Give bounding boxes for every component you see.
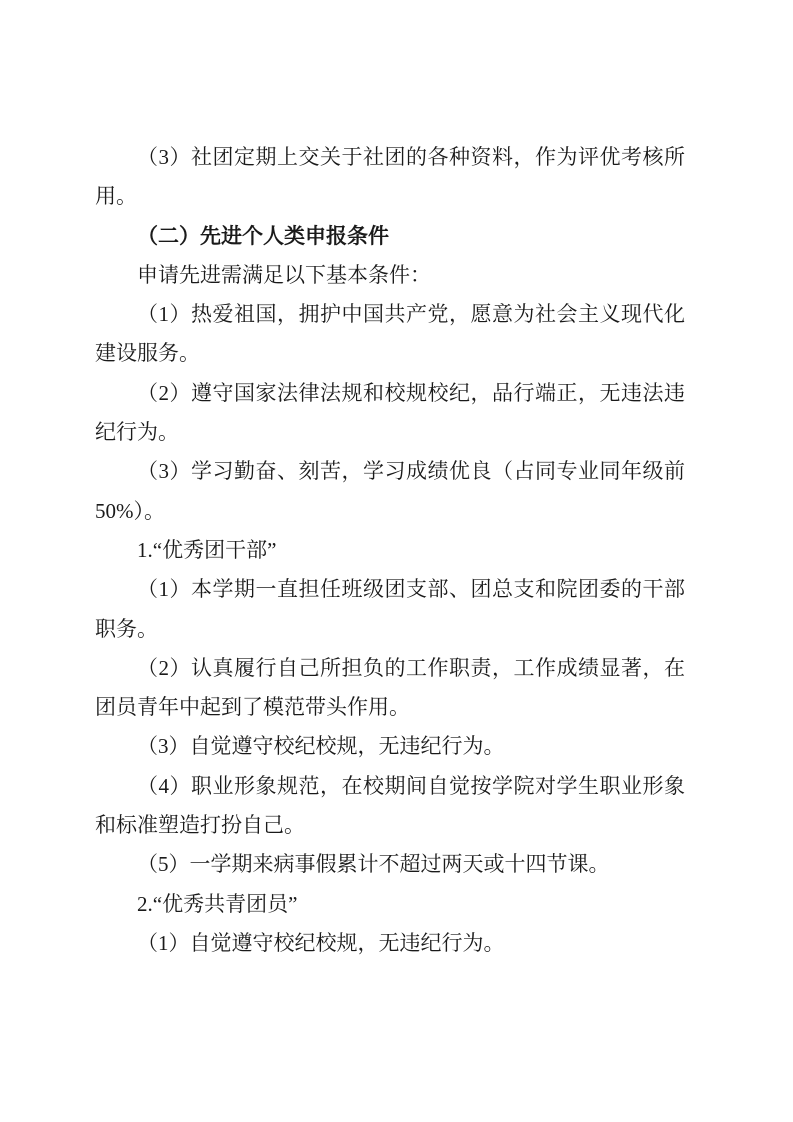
paragraph: （3）社团定期上交关于社团的各种资料，作为评优考核所用。 — [95, 138, 685, 217]
paragraph: （3）自觉遵守校纪校规，无违纪行为。 — [95, 727, 685, 766]
paragraph: （2）认真履行自己所担负的工作职责，工作成绩显著，在团员青年中起到了模范带头作用… — [95, 649, 685, 728]
paragraph: （2）遵守国家法律法规和校规校纪，品行端正，无违法违纪行为。 — [95, 374, 685, 453]
paragraph: 申请先进需满足以下基本条件： — [95, 256, 685, 295]
paragraph: （1）自觉遵守校纪校规，无违纪行为。 — [95, 924, 685, 963]
paragraph: 2.“优秀共青团员” — [95, 885, 685, 924]
document-content: （3）社团定期上交关于社团的各种资料，作为评优考核所用。（二）先进个人类申报条件… — [95, 138, 685, 963]
document-page: （3）社团定期上交关于社团的各种资料，作为评优考核所用。（二）先进个人类申报条件… — [0, 0, 793, 1122]
paragraph: （3）学习勤奋、刻苦，学习成绩优良（占同专业同年级前50%）。 — [95, 452, 685, 531]
paragraph: （1）本学期一直担任班级团支部、团总支和院团委的干部职务。 — [95, 570, 685, 649]
paragraph: （1）热爱祖国，拥护中国共产党，愿意为社会主义现代化建设服务。 — [95, 295, 685, 374]
paragraph: （5）一学期来病事假累计不超过两天或十四节课。 — [95, 845, 685, 884]
section-heading: （二）先进个人类申报条件 — [95, 217, 685, 256]
paragraph: 1.“优秀团干部” — [95, 531, 685, 570]
paragraph: （4）职业形象规范，在校期间自觉按学院对学生职业形象和标准塑造打扮自己。 — [95, 767, 685, 846]
